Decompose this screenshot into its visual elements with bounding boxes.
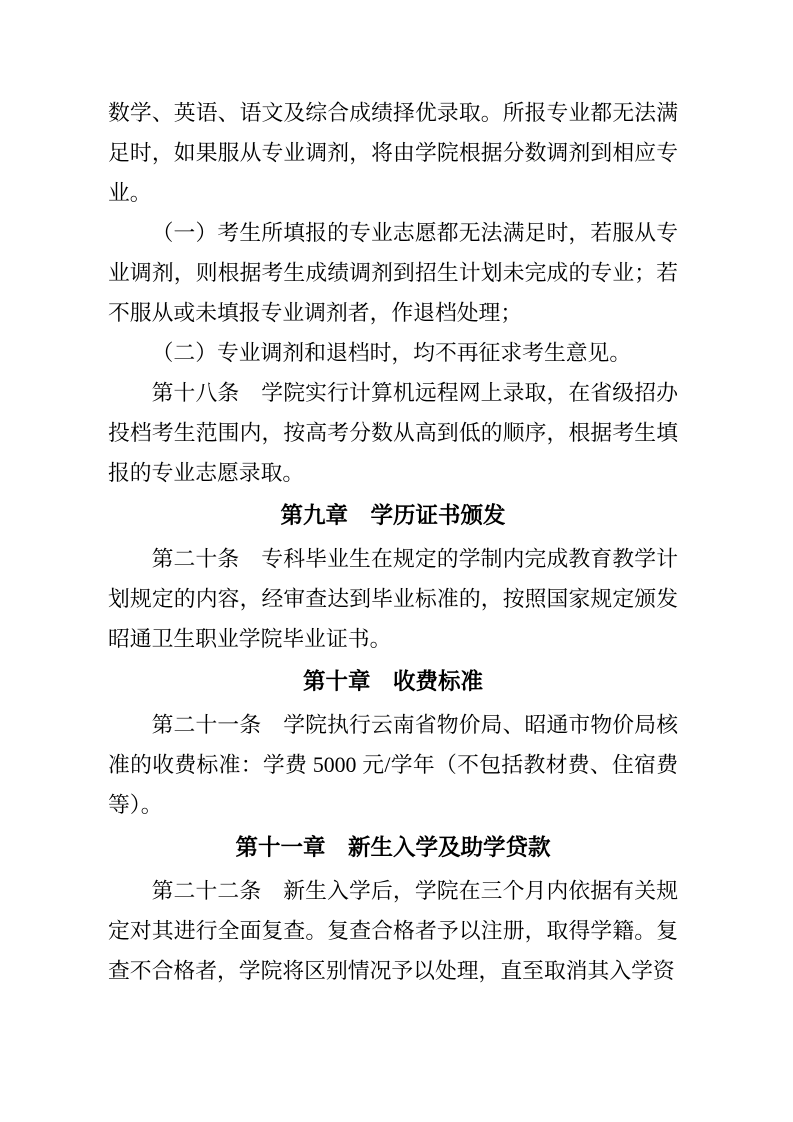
document-paragraph: 数学、英语、语文及综合成绩择优录取。所报专业都无法满足时，如果服从专业调剂，将由… [108,93,678,213]
document-paragraph: 第二十一条 学院执行云南省物价局、昭通市物价局核准的收费标准：学费 5000 元… [108,705,678,825]
document-paragraph: 第十八条 学院实行计算机远程网上录取，在省级招办投档考生范围内，按高考分数从高到… [108,373,678,493]
document-page: 数学、英语、语文及综合成绩择优录取。所报专业都无法满足时，如果服从专业调剂，将由… [0,0,793,1122]
document-body: 数学、英语、语文及综合成绩择优录取。所报专业都无法满足时，如果服从专业调剂，将由… [108,93,678,991]
chapter-heading: 第九章 学历证书颁发 [108,496,678,536]
document-paragraph: 第二十条 专科毕业生在规定的学制内完成教育教学计划规定的内容，经审查达到毕业标准… [108,539,678,659]
document-paragraph: （二）专业调剂和退档时，均不再征求考生意见。 [108,333,678,373]
chapter-heading: 第十一章 新生入学及助学贷款 [108,828,678,868]
chapter-heading: 第十章 收费标准 [108,662,678,702]
document-paragraph: （一）考生所填报的专业志愿都无法满足时，若服从专业调剂，则根据考生成绩调剂到招生… [108,213,678,333]
document-paragraph: 第二十二条 新生入学后，学院在三个月内依据有关规定对其进行全面复查。复查合格者予… [108,871,678,991]
